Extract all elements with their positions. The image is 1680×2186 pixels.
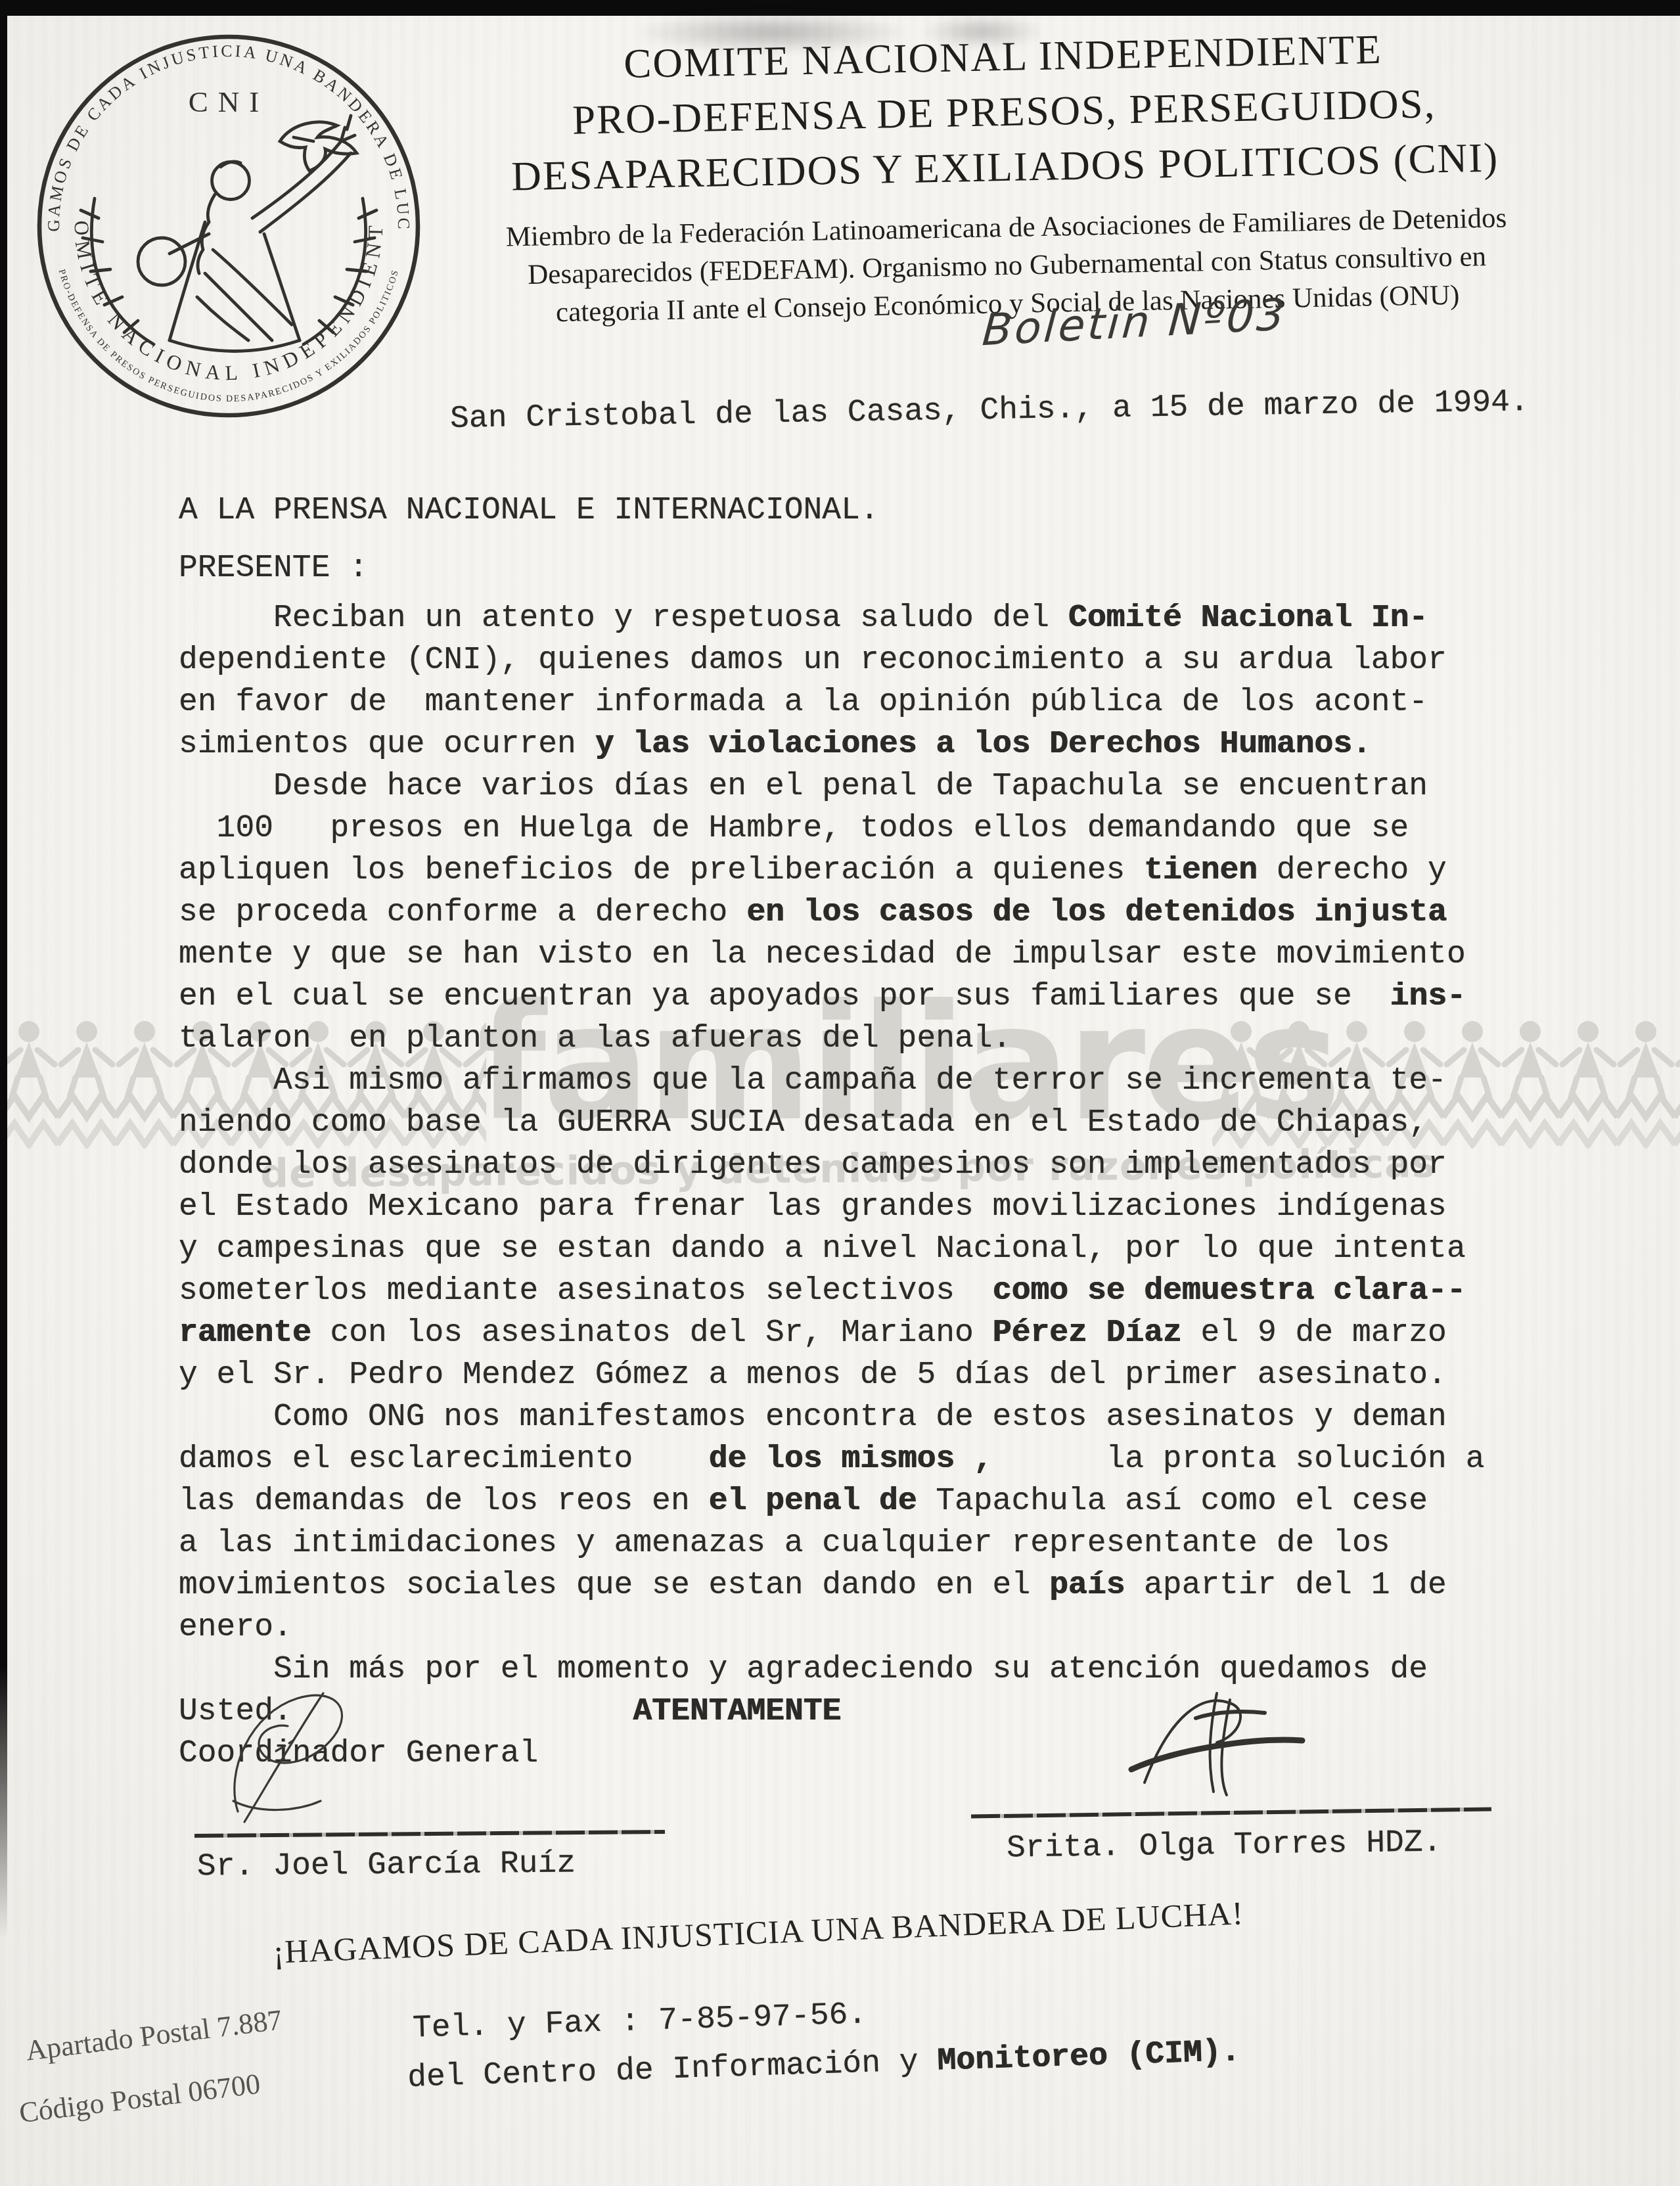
body-line: dependiente (CNI), quienes damos un reco… xyxy=(179,643,1572,685)
text-segment: Tapachula así como el cese xyxy=(917,1484,1428,1519)
body-line: talaron en planton a las afueras del pen… xyxy=(179,1021,1572,1063)
text-segment: Desde hace varios días en el penal de Ta… xyxy=(179,769,1428,804)
letterhead: COMITE NACIONAL INDEPENDIENTE PRO-DEFENS… xyxy=(428,18,1583,334)
text-segment: Asi mismo afirmamos que la campaña de te… xyxy=(179,1063,1447,1099)
footer-slogan: ¡HAGAMOS DE CADA INJUSTICIA UNA BANDERA … xyxy=(272,1894,1244,1970)
text-segment: talaron en planton a las afueras del pen… xyxy=(179,1021,1011,1057)
text-segment: como se demuestra clara-- xyxy=(993,1273,1466,1309)
text-segment: damos el esclarecimiento xyxy=(179,1442,709,1477)
signature-right xyxy=(1117,1672,1314,1817)
recipient-line: A LA PRENSA NACIONAL E INTERNACIONAL. xyxy=(179,493,879,528)
body-line: damos el esclarecimiento de los mismos ,… xyxy=(179,1442,1572,1484)
text-segment: y las violaciones a los Derechos Humanos… xyxy=(595,727,1371,762)
text-segment: ATENTAMENTE xyxy=(633,1694,841,1729)
text-segment: y el Sr. Pedro Mendez Gómez a menos de 5… xyxy=(179,1357,1447,1393)
text-segment: las demandas de los reos en xyxy=(179,1484,709,1519)
text-segment: y campesinas que se estan dando a nivel … xyxy=(179,1231,1466,1267)
text-segment: de los mismos , xyxy=(709,1442,993,1477)
text-segment: apartir del 1 de xyxy=(1125,1568,1447,1603)
text-segment: enero. xyxy=(179,1610,292,1645)
scan-edge-top xyxy=(0,0,1680,16)
text-segment: (CIM). xyxy=(1126,2034,1240,2073)
text-segment: Monitoreo xyxy=(937,2038,1108,2079)
body-line: movimientos sociales que se estan dando … xyxy=(179,1568,1572,1610)
salutation-line: PRESENTE : xyxy=(179,551,368,586)
body-line: en favor de mantener informada a la opin… xyxy=(179,685,1572,727)
body-line: someterlos mediante asesinatos selectivo… xyxy=(179,1273,1572,1315)
text-segment: en el cual se encuentran ya apoyados por… xyxy=(179,979,1390,1014)
text-segment: en favor de mantener informada a la opin… xyxy=(179,685,1428,720)
body-line: a las intimidaciones y amenazas a cualqu… xyxy=(179,1526,1572,1568)
body-line: Asi mismo afirmamos que la campaña de te… xyxy=(179,1063,1572,1105)
body-line: y campesinas que se estan dando a nivel … xyxy=(179,1231,1572,1273)
seal-acronym: CNI xyxy=(189,85,269,118)
text-segment: Pérez Díaz xyxy=(993,1315,1182,1351)
signer-name-right: Srita. Olga Torres HDZ. xyxy=(1007,1825,1442,1866)
text-segment: Comité Nacional In- xyxy=(1068,601,1428,636)
text-segment: someterlos mediante asesinatos selectivo… xyxy=(179,1273,993,1309)
body-line: y el Sr. Pedro Mendez Gómez a menos de 5… xyxy=(179,1357,1572,1400)
footer-center-line: del Centro de Información y Monitoreo (C… xyxy=(407,2034,1240,2096)
text-segment: el Estado Mexicano para frenar las grand… xyxy=(179,1189,1447,1225)
footer-tel-fax: Tel. y Fax : 7-85-97-56. xyxy=(412,1997,867,2047)
body-lines: Reciban un atento y respetuosa saludo de… xyxy=(179,601,1572,1778)
body-line: Como ONG nos manifestamos encontra de es… xyxy=(179,1400,1572,1442)
text-segment: Como ONG nos manifestamos encontra de es… xyxy=(179,1400,1447,1435)
body-line: se proceda conforme a derecho en los cas… xyxy=(179,895,1572,937)
body-line: mente y que se han visto en la necesidad… xyxy=(179,937,1572,979)
body-line: Reciban un atento y respetuosa saludo de… xyxy=(179,601,1572,643)
footer-postal-code: Código Postal 06700 xyxy=(17,2067,262,2130)
text-segment: del Centro de Información y xyxy=(407,2044,938,2096)
text-segment: país xyxy=(1049,1568,1125,1603)
body-line: ramente con los asesinatos del Sr, Maria… xyxy=(179,1315,1572,1357)
text-segment: 100 presos en Huelga de Hambre, todos el… xyxy=(179,811,1409,846)
text-segment: niendo como base la GUERRA SUCIA desatad… xyxy=(179,1105,1428,1141)
text-segment: derecho y xyxy=(1258,853,1447,888)
text-segment: tienen xyxy=(1144,853,1258,888)
text-segment xyxy=(1107,2038,1127,2074)
text-segment: el 9 de marzo xyxy=(1182,1315,1447,1351)
text-segment: donde los asesinatos de dirigentes campe… xyxy=(179,1147,1447,1183)
body-line: apliquen los beneficios de preliberación… xyxy=(179,853,1572,895)
svg-text:HAGAMOS DE CADA INJUSTICIA UNA: HAGAMOS DE CADA INJUSTICIA UNA BANDERA D… xyxy=(32,29,413,232)
text-segment: dependiente (CNI), quienes damos un reco… xyxy=(179,643,1447,678)
text-segment: ramente xyxy=(179,1315,311,1351)
body-line: donde los asesinatos de dirigentes campe… xyxy=(179,1147,1572,1189)
text-segment: a las intimidaciones y amenazas a cualqu… xyxy=(179,1526,1390,1561)
text-segment: ins- xyxy=(1390,979,1466,1014)
body-line: en el cual se encuentran ya apoyados por… xyxy=(179,979,1572,1021)
text-segment: con los asesinatos del Sr, Mariano xyxy=(311,1315,993,1351)
body-line: enero. xyxy=(179,1610,1572,1652)
text-segment: en los casos de los detenidos injusta xyxy=(746,895,1447,930)
dateline: San Cristobal de las Casas, Chis., a 15 … xyxy=(450,384,1530,437)
body-line: niendo como base la GUERRA SUCIA desatad… xyxy=(179,1105,1572,1147)
seal-ring-top-text: HAGAMOS DE CADA INJUSTICIA UNA BANDERA D… xyxy=(32,29,413,232)
body-line: el Estado Mexicano para frenar las grand… xyxy=(179,1189,1572,1231)
text-segment: mente y que se han visto en la necesidad… xyxy=(179,937,1466,972)
text-segment: se proceda conforme a derecho xyxy=(179,895,746,930)
footer-po-box: Apartado Postal 7.887 xyxy=(24,2003,284,2067)
text-segment: Reciban un atento y respetuosa saludo de… xyxy=(179,601,1068,636)
body-line: simientos que ocurren y las violaciones … xyxy=(179,727,1572,769)
cni-seal-logo: HAGAMOS DE CADA INJUSTICIA UNA BANDERA D… xyxy=(32,29,426,423)
text-segment: la pronta solución a xyxy=(993,1442,1485,1477)
scanned-letter-page: familiares de desaparecidos y detenidos … xyxy=(0,0,1680,2186)
scan-edge-left xyxy=(0,0,7,1938)
text-segment: simientos que ocurren xyxy=(179,727,595,762)
signature-left xyxy=(197,1672,414,1836)
text-segment: el penal de xyxy=(709,1484,917,1519)
body-line: 100 presos en Huelga de Hambre, todos el… xyxy=(179,811,1572,853)
body-line: Desde hace varios días en el penal de Ta… xyxy=(179,769,1572,811)
text-segment: movimientos sociales que se estan dando … xyxy=(179,1568,1049,1603)
body-line: las demandas de los reos en el penal de … xyxy=(179,1484,1572,1526)
text-segment: apliquen los beneficios de preliberación… xyxy=(179,853,1144,888)
signer-name-left: Sr. Joel García Ruíz xyxy=(197,1846,576,1884)
